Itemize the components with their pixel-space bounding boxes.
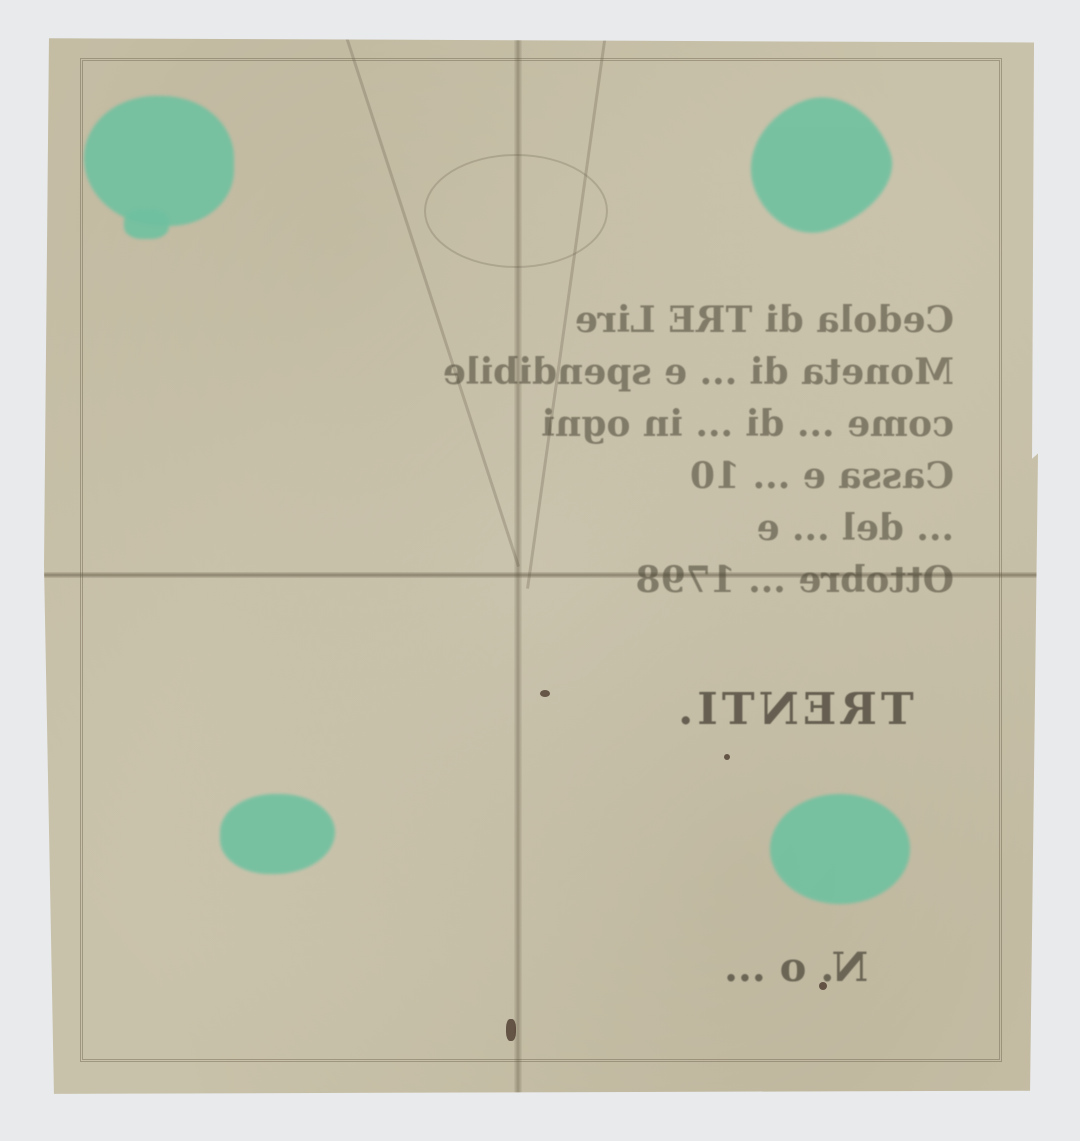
mirrored-note-text: Cedola di TRE Lire Moneta di ... e spend…: [114, 294, 954, 606]
ink-spot: [819, 982, 827, 990]
green-stain-top-left: [124, 209, 169, 239]
text-line: Cassa e ... 10: [114, 450, 954, 502]
banknote-reverse: Cedola di TRE Lire Moneta di ... e spend…: [44, 34, 1038, 1096]
ink-spot: [506, 1019, 516, 1041]
green-stain-bottom-right: [770, 794, 910, 904]
text-line: Cedola di TRE Lire: [114, 294, 954, 346]
ink-spot: [540, 690, 550, 697]
text-line: Moneta di ... e spendibile: [114, 346, 954, 398]
text-line: ... del ... e: [114, 502, 954, 554]
ink-spot: [724, 754, 730, 760]
serial-number-label: N. o ...: [724, 944, 868, 991]
text-line: Ottobre ... 1798: [114, 554, 954, 606]
text-line: come ... di ... in ogni: [114, 398, 954, 450]
value-word: TRENTI.: [674, 684, 914, 735]
